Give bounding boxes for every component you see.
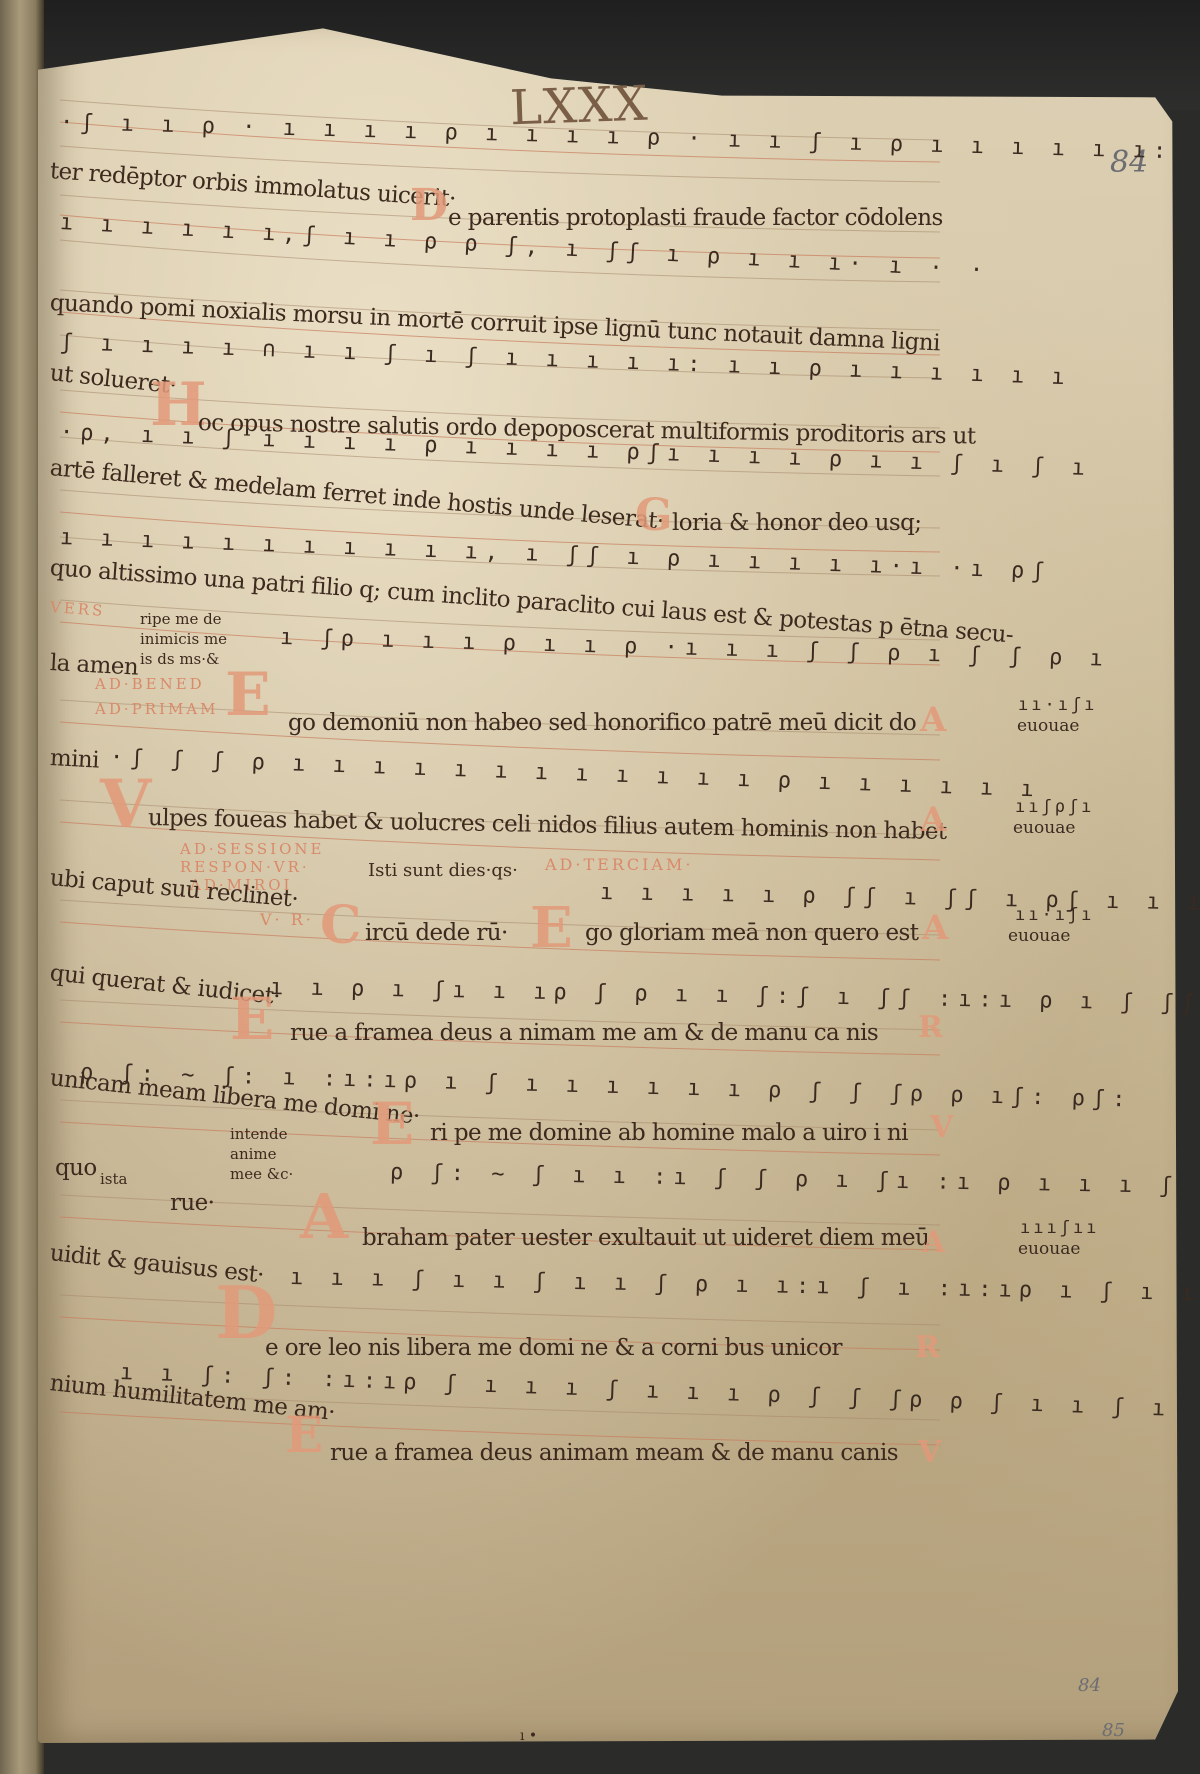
pencil-folio-number: 84: [1078, 1675, 1101, 1696]
red-initial: E: [285, 1405, 323, 1464]
right-rubric-letter: R: [915, 1330, 940, 1365]
chant-text: e parentis protoplasti fraude factor cōd…: [448, 205, 943, 231]
chant-text: loria & honor deo usq;: [672, 510, 921, 536]
rubric-text: Isti sunt dies·qs·: [368, 860, 518, 881]
pencil-folio-number: 85: [1102, 1720, 1125, 1741]
chant-text: go demoniū non habeo sed honorifico patr…: [288, 710, 916, 736]
red-initial: E: [530, 895, 573, 961]
chant-text: rue a framea deus a nimam me am & de man…: [290, 1020, 878, 1046]
right-rubric-letter: V: [930, 1110, 953, 1145]
rubric-ad-prima: AD·PRIMAM: [95, 700, 219, 718]
chant-text: mini: [49, 745, 99, 774]
right-rubric-letter: R: [918, 1010, 943, 1045]
red-initial: V: [100, 765, 151, 843]
rubric-text: ista: [100, 1170, 127, 1188]
rubric-text: mee &c·: [230, 1165, 293, 1183]
bottom-mark: ı •: [520, 1728, 537, 1744]
right-rubric-letter: V: [918, 1435, 941, 1470]
rubric-text: inimicis me: [140, 630, 227, 648]
red-initial: E: [230, 985, 274, 1053]
red-initial: G: [635, 490, 673, 541]
differentia-euouae: euouae: [1013, 818, 1075, 838]
differentia-neumes: ıı·ıʃı: [1018, 695, 1097, 715]
right-rubric-letter: A: [922, 908, 948, 948]
rubric-ad-tercia: AD·TERCIAM·: [545, 855, 693, 874]
rubric-vr: V· R·: [260, 910, 314, 929]
facing-page-edge: [0, 0, 44, 1774]
chant-text: ircū dede rū·: [365, 920, 508, 946]
red-initial: E: [370, 1090, 414, 1158]
red-initial: C: [320, 895, 361, 956]
right-rubric-letter: A: [922, 1225, 945, 1260]
differentia-neumes: ııʃρʃı: [1015, 797, 1094, 817]
rubric-vers: VERS: [49, 598, 105, 620]
chant-text: braham pater uester exultauit ut uideret…: [362, 1225, 929, 1251]
right-rubric-letter: A: [920, 800, 946, 840]
chant-text: quo: [55, 1155, 97, 1181]
chant-text: rue a framea deus animam meam & de manu …: [330, 1440, 898, 1466]
red-initial: D: [410, 180, 448, 231]
rubric-text: ripe me de: [140, 610, 222, 628]
chant-text: go gloriam meā non quero est: [585, 920, 918, 946]
rubric-text: anime: [230, 1145, 277, 1163]
red-initial: A: [300, 1180, 348, 1253]
rubric-text: intende: [230, 1125, 288, 1143]
rubric-ad-sessione: AD·SESSIONE: [180, 840, 324, 858]
chant-text: rue·: [170, 1190, 214, 1216]
differentia-euouae: euouae: [1018, 1239, 1080, 1259]
differentia-neumes: ıı·ıʃı: [1015, 905, 1094, 925]
chant-text: e ore leo nis libera me domi ne & a corn…: [265, 1335, 842, 1361]
red-initial: E: [225, 660, 271, 730]
rubric-ad-bened: AD·BENED: [95, 675, 205, 693]
rubric-respon: RESPON·VR·: [180, 858, 310, 876]
right-rubric-letter: A: [920, 700, 946, 740]
differentia-neumes: ıııʃıı: [1020, 1218, 1099, 1238]
differentia-euouae: euouae: [1017, 716, 1079, 736]
rubric-text: is ds ms·&: [140, 650, 219, 668]
chant-text: ri pe me domine ab homine malo a uiro i …: [430, 1120, 908, 1146]
differentia-euouae: euouae: [1008, 926, 1070, 946]
